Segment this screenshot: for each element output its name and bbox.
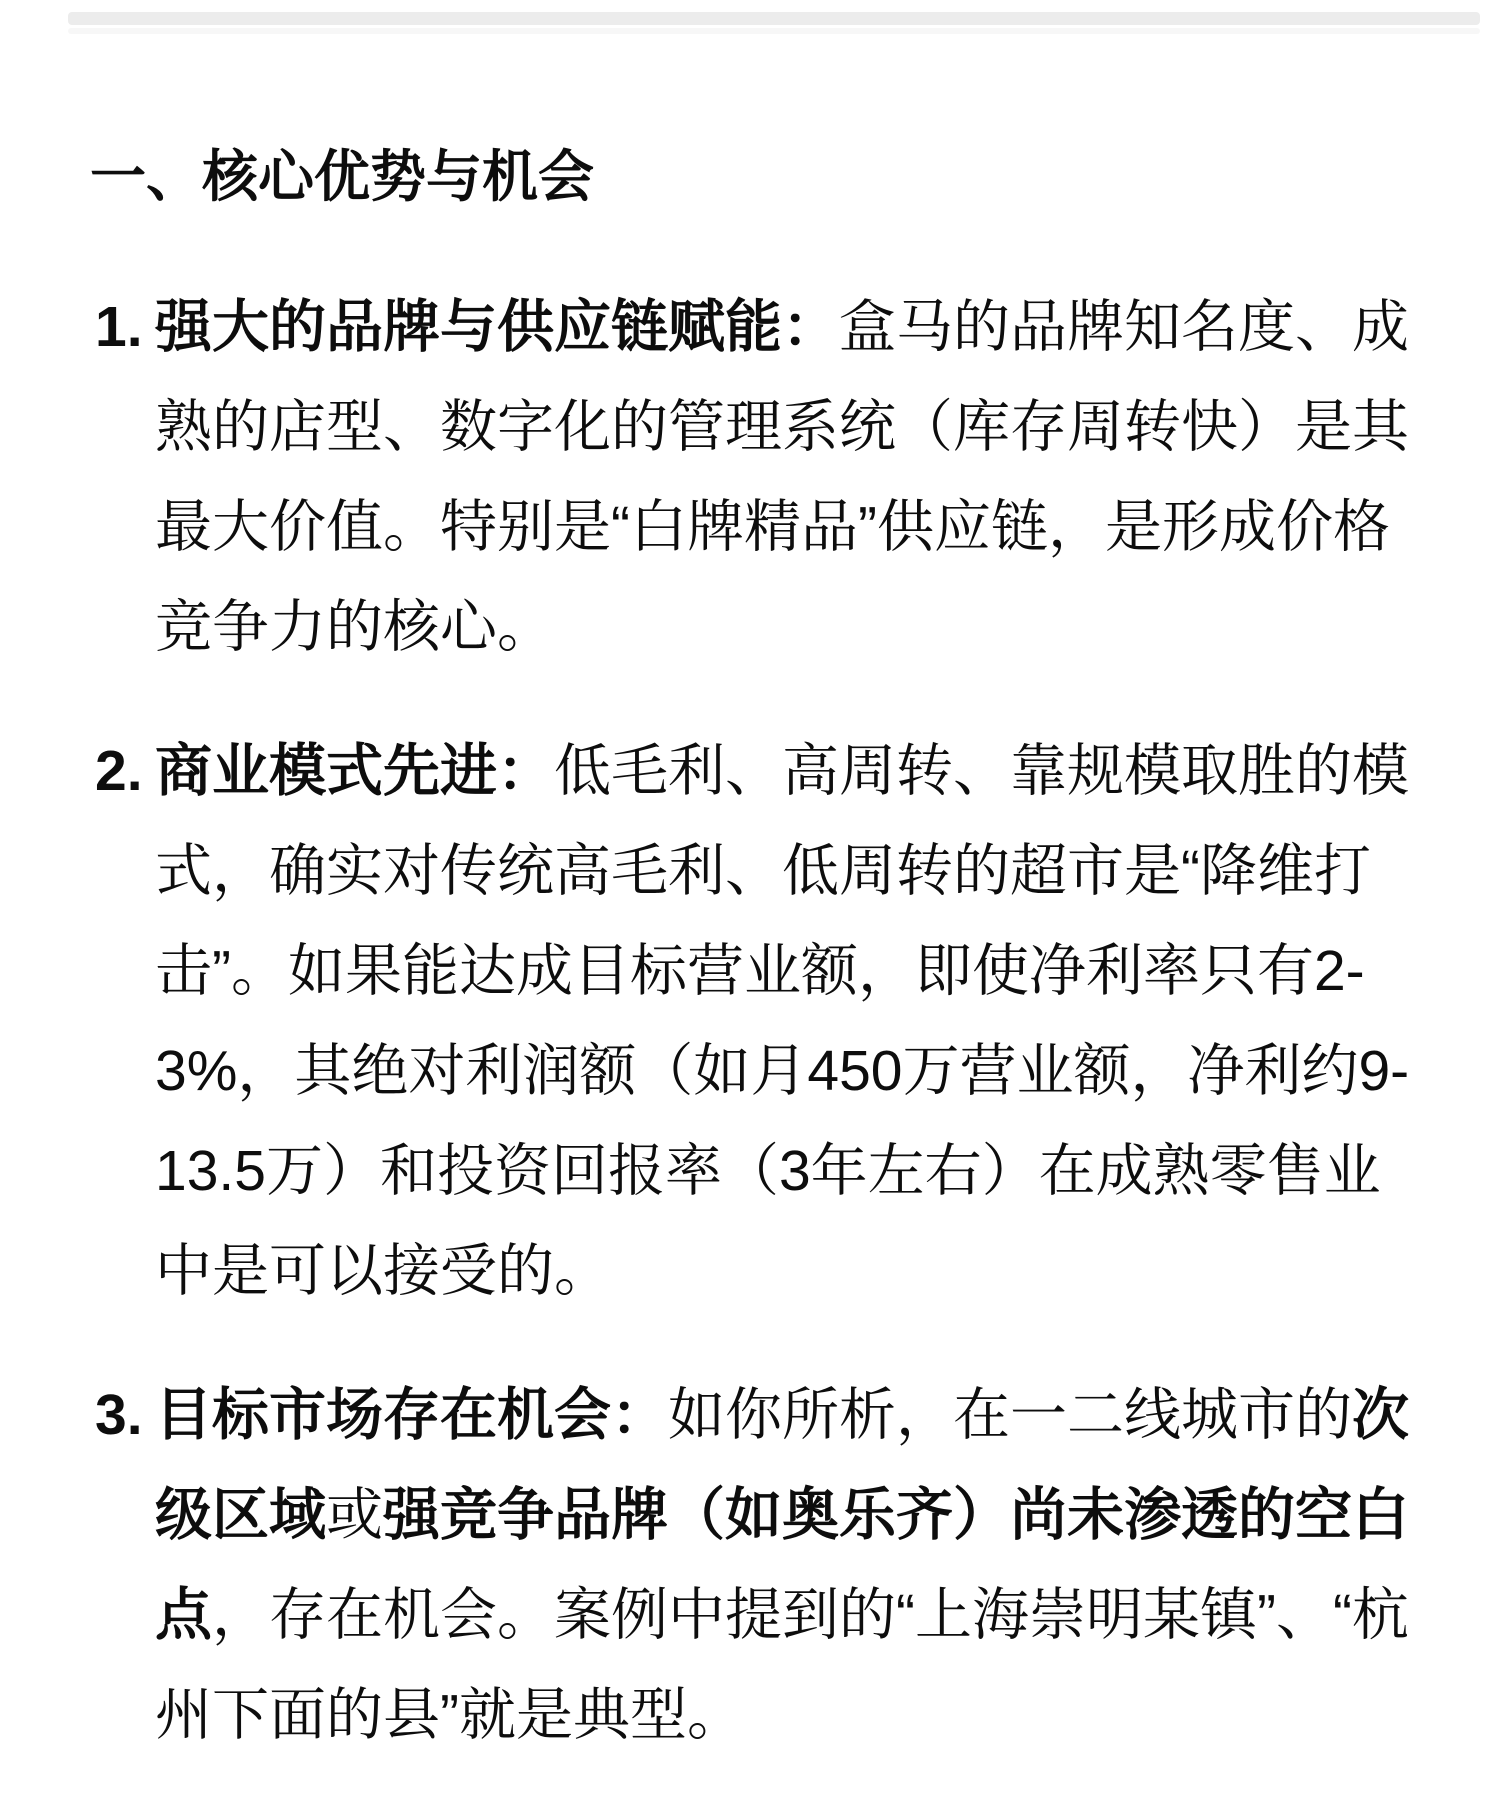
list-item-number: 2. (95, 721, 143, 821)
list-item: 3.目标市场存在机会：如你所析，在一二线城市的次级区域或强竞争品牌（如奥乐齐）尚… (95, 1365, 1429, 1765)
list-item-number: 3. (95, 1365, 143, 1465)
list-item: 1.强大的品牌与供应链赋能：盒马的品牌知名度、成熟的店型、数字化的管理系统（库存… (95, 277, 1429, 677)
cropped-previous-line-remnant (68, 12, 1480, 25)
section-heading: 一、核心优势与机会 (90, 148, 1499, 206)
list-item: 2.商业模式先进：低毛利、高周转、靠规模取胜的模式，确实对传统高毛利、低周转的超… (95, 721, 1429, 1321)
advantages-list: 1.强大的品牌与供应链赋能：盒马的品牌知名度、成熟的店型、数字化的管理系统（库存… (0, 277, 1499, 1765)
cropped-previous-line-remnant-faint (68, 28, 1480, 34)
list-item-text: 强大的品牌与供应链赋能：盒马的品牌知名度、成熟的店型、数字化的管理系统（库存周转… (155, 295, 1409, 659)
list-item-number: 1. (95, 277, 143, 377)
list-item-text: 目标市场存在机会：如你所析，在一二线城市的次级区域或强竞争品牌（如奥乐齐）尚未渗… (155, 1383, 1409, 1747)
list-item-text: 商业模式先进：低毛利、高周转、靠规模取胜的模式，确实对传统高毛利、低周转的超市是… (155, 739, 1409, 1303)
